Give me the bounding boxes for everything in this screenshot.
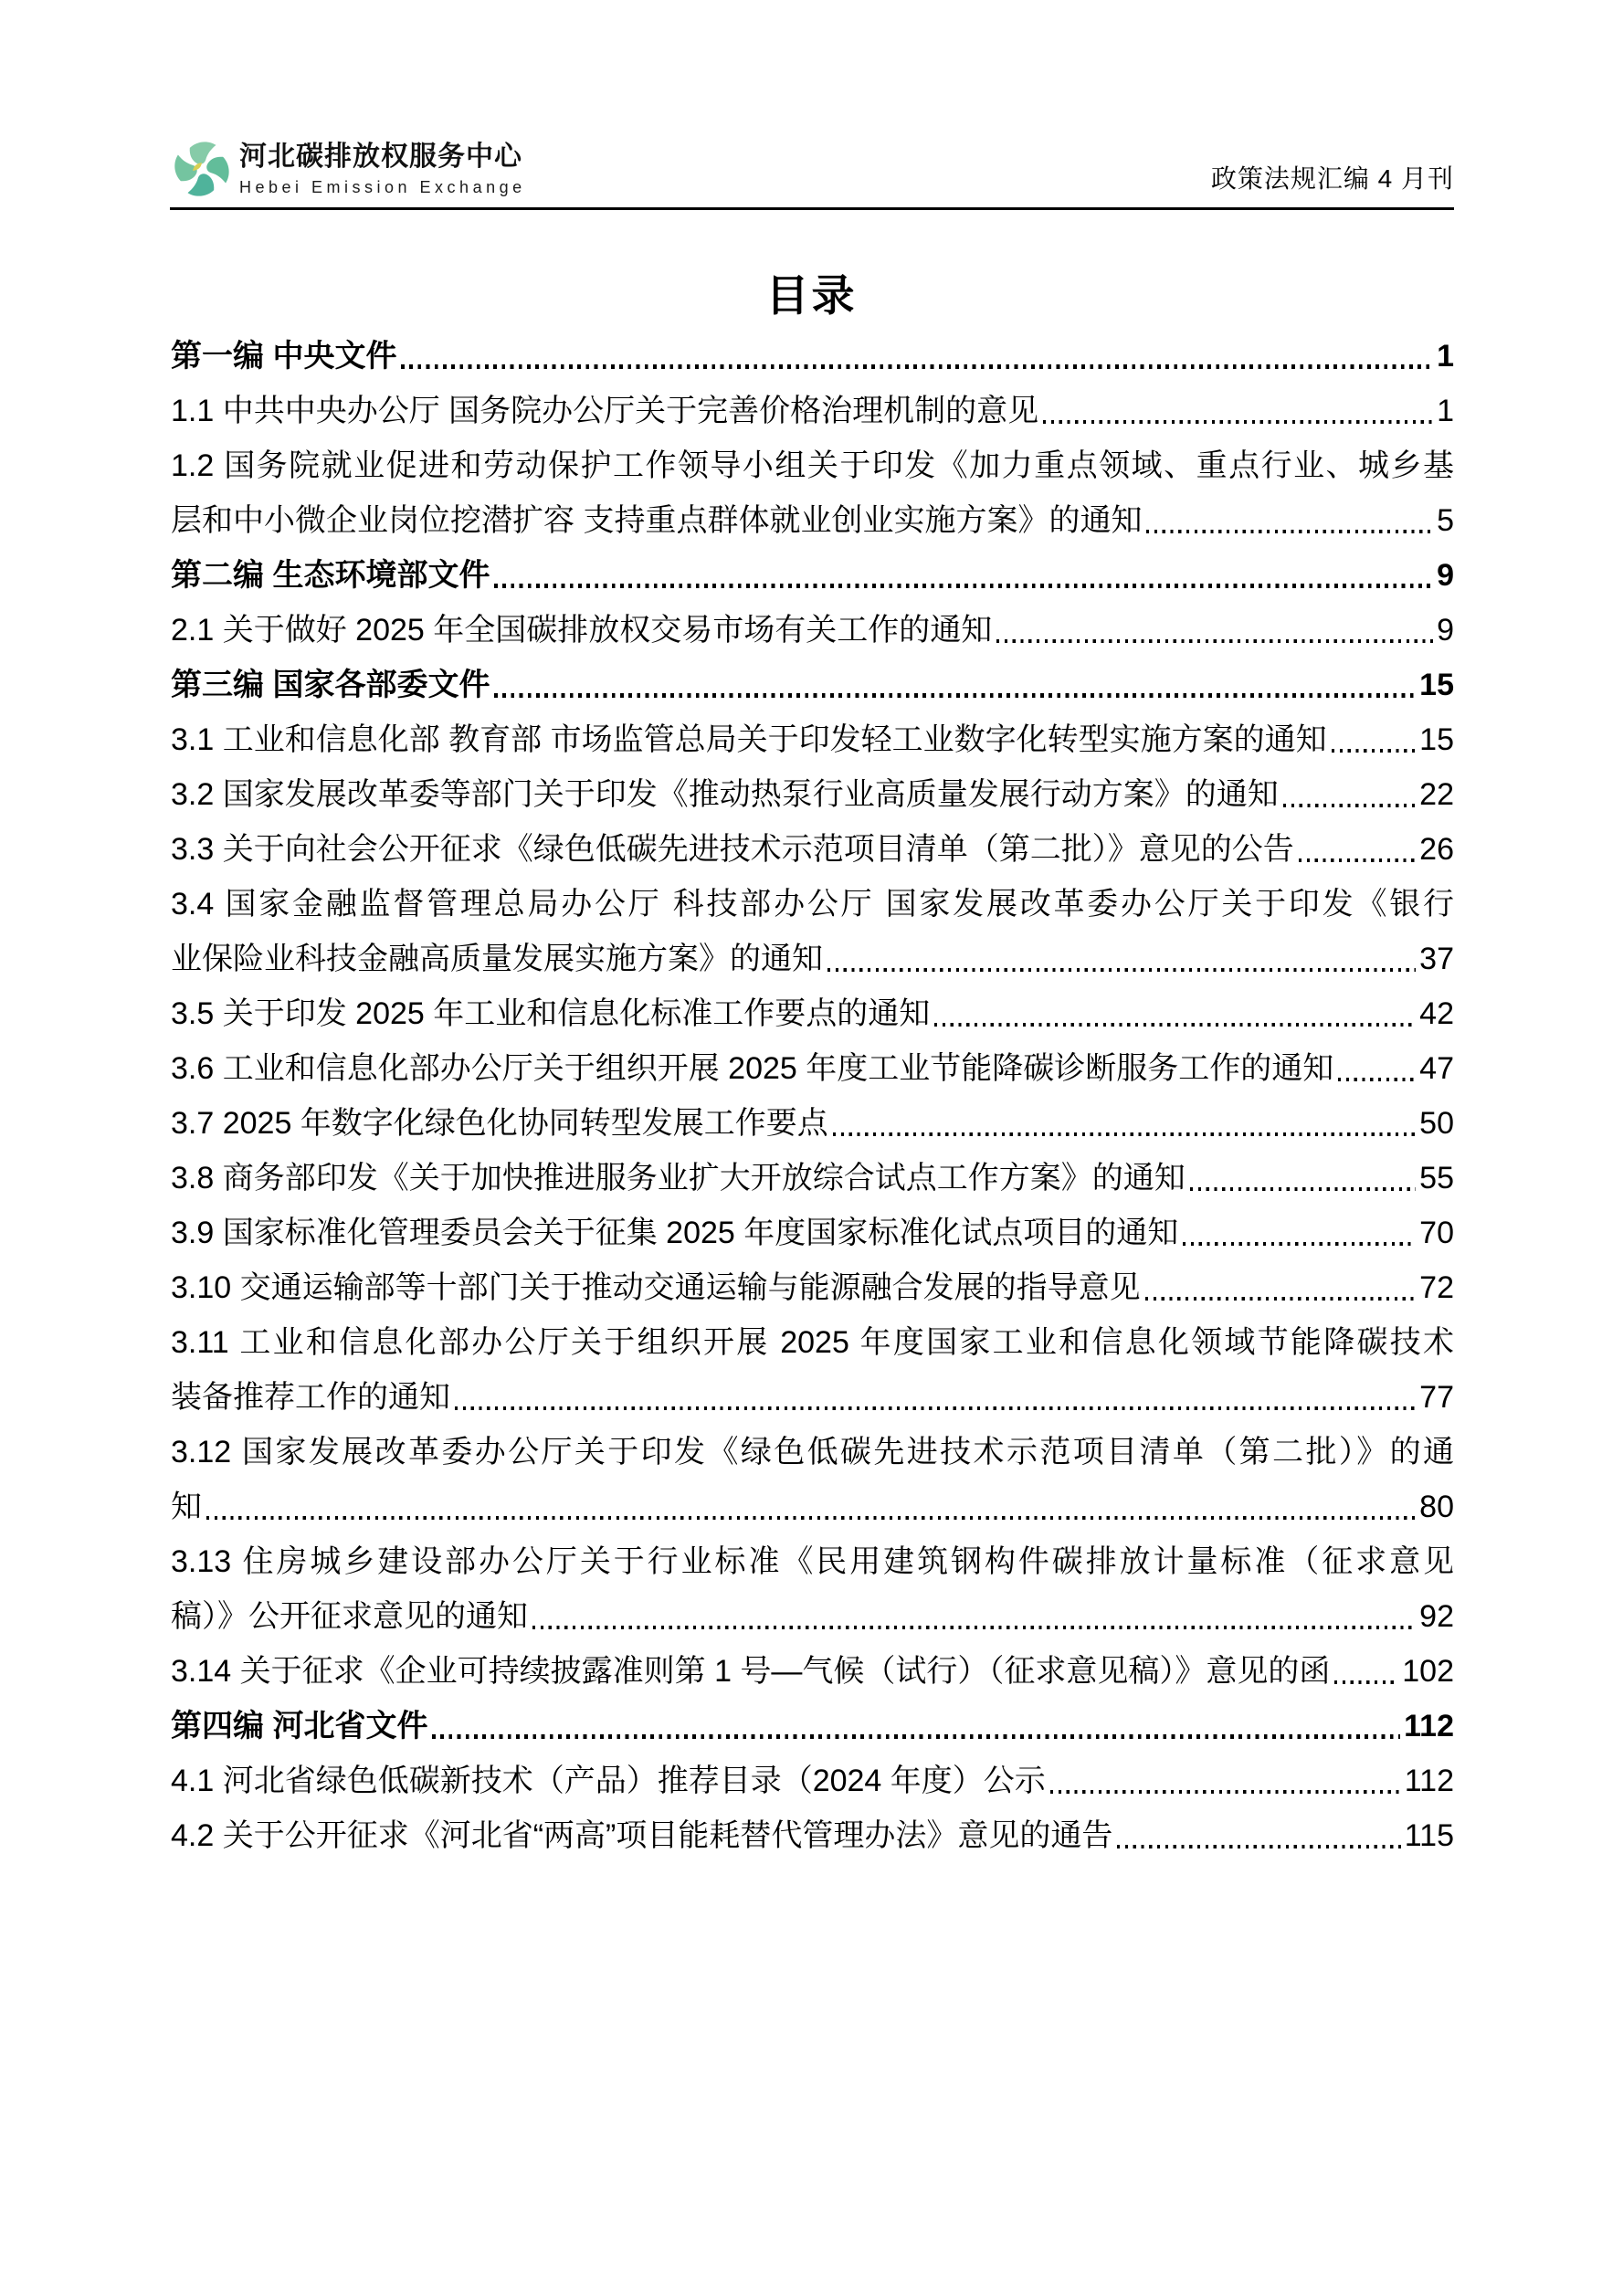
toc-list: 第一编 中央文件 1 1.1 中共中央办公厅 国务院办公厅关于完善价格治理机制的… [171, 329, 1454, 1863]
toc-dot-leader [1299, 858, 1416, 862]
toc-entry-text: 第一编 中央文件 [171, 329, 396, 384]
toc-entry[interactable]: 1.2 国务院就业促进和劳动保护工作领导小组关于印发《加力重点领域、重点行业、城… [171, 438, 1454, 493]
toc-entry[interactable]: 装备推荐工作的通知 77 [171, 1370, 1454, 1425]
toc-entry-text: 第四编 河北省文件 [171, 1699, 427, 1754]
toc-entry[interactable]: 层和中小微企业岗位挖潜扩容 支持重点群体就业创业实施方案》的通知 5 [171, 493, 1454, 548]
toc-entry[interactable]: 第一编 中央文件 1 [171, 329, 1454, 384]
toc-dot-leader [494, 693, 1416, 698]
toc-entry[interactable]: 业保险业科技金融高质量发展实施方案》的通知 37 [171, 932, 1454, 986]
toc-dot-leader [401, 364, 1433, 369]
toc-entry-text: 业保险业科技金融高质量发展实施方案》的通知 [171, 932, 823, 986]
org-logo-icon [172, 139, 232, 199]
toc-entry-text: 4.1 河北省绿色低碳新技术（产品）推荐目录（2024 年度）公示 [171, 1754, 1046, 1808]
toc-entry-text: 3.7 2025 年数字化绿色化协同转型发展工作要点 [171, 1096, 828, 1151]
toc-entry[interactable]: 3.14 关于征求《企业可持续披露准则第 1 号—气候（试行）（征求意见稿）》意… [171, 1644, 1454, 1699]
toc-dot-leader [1117, 1845, 1400, 1848]
toc-page-number: 22 [1419, 767, 1454, 822]
toc-entry-text: 第三编 国家各部委文件 [171, 658, 490, 712]
toc-entry[interactable]: 3.9 国家标准化管理委员会关于征集 2025 年度国家标准化试点项目的通知 7… [171, 1206, 1454, 1260]
toc-entry-text: 知 [171, 1480, 202, 1534]
toc-page-number: 115 [1405, 1808, 1454, 1863]
toc-page-number: 72 [1419, 1260, 1454, 1315]
toc-entry-text: 3.3 关于向社会公开征求《绿色低碳先进技术示范项目清单（第二批）》意见的公告 [171, 822, 1294, 877]
toc-dot-leader [494, 584, 1433, 588]
toc-entry[interactable]: 3.5 关于印发 2025 年工业和信息化标准工作要点的通知 42 [171, 986, 1454, 1041]
toc-page-number: 50 [1419, 1096, 1454, 1151]
toc-entry-text: 3.10 交通运输部等十部门关于推动交通运输与能源融合发展的指导意见 [171, 1260, 1141, 1315]
toc-page-number: 80 [1419, 1480, 1454, 1534]
toc-dot-leader [1146, 530, 1433, 533]
toc-page-number: 102 [1402, 1644, 1454, 1699]
toc-entry-text: 第二编 生态环境部文件 [171, 548, 490, 603]
toc-entry-text: 3.4 国家金融监督管理总局办公厅 科技部办公厅 国家发展改革委办公厅关于印发《… [171, 877, 1454, 932]
toc-entry-text: 1.2 国务院就业促进和劳动保护工作领导小组关于印发《加力重点领域、重点行业、城… [171, 438, 1454, 493]
toc-entry[interactable]: 3.12 国家发展改革委办公厅关于印发《绿色低碳先进技术示范项目清单（第二批）》… [171, 1425, 1454, 1480]
toc-entry-text: 3.1 工业和信息化部 教育部 市场监管总局关于印发轻工业数字化转型实施方案的通… [171, 712, 1327, 767]
toc-entry-text: 2.1 关于做好 2025 年全国碳排放权交易市场有关工作的通知 [171, 603, 992, 658]
toc-entry-text: 装备推荐工作的通知 [171, 1370, 450, 1425]
toc-entry[interactable]: 3.13 住房城乡建设部办公厅关于行业标准《民用建筑钢构件碳排放计量标准（征求意… [171, 1534, 1454, 1589]
page-title: 目录 [0, 272, 1623, 320]
toc-entry[interactable]: 3.8 商务部印发《关于加快推进服务业扩大开放综合试点工作方案》的通知 55 [171, 1151, 1454, 1206]
toc-dot-leader [934, 1023, 1416, 1027]
toc-page-number: 112 [1404, 1699, 1454, 1754]
toc-dot-leader [455, 1406, 1416, 1410]
header-divider [170, 207, 1454, 210]
org-name-block: 河北碳排放权服务中心 Hebei Emission Exchange [239, 137, 526, 195]
toc-entry-text: 3.12 国家发展改革委办公厅关于印发《绿色低碳先进技术示范项目清单（第二批）》… [171, 1425, 1454, 1480]
toc-entry-text: 3.9 国家标准化管理委员会关于征集 2025 年度国家标准化试点项目的通知 [171, 1206, 1178, 1260]
toc-entry-text: 1.1 中共中央办公厅 国务院办公厅关于完善价格治理机制的意见 [171, 384, 1038, 438]
toc-page-number: 77 [1419, 1370, 1454, 1425]
toc-entry[interactable]: 4.1 河北省绿色低碳新技术（产品）推荐目录（2024 年度）公示 112 [171, 1754, 1454, 1808]
toc-entry[interactable]: 4.2 关于公开征求《河北省“两高”项目能耗替代管理办法》意见的通告 115 [171, 1808, 1454, 1863]
toc-page-number: 5 [1437, 493, 1454, 548]
toc-entry[interactable]: 3.3 关于向社会公开征求《绿色低碳先进技术示范项目清单（第二批）》意见的公告 … [171, 822, 1454, 877]
toc-dot-leader [432, 1734, 1400, 1739]
toc-entry[interactable]: 知 80 [171, 1480, 1454, 1534]
toc-dot-leader [1334, 1680, 1398, 1684]
toc-dot-leader [996, 639, 1433, 643]
toc-entry[interactable]: 第四编 河北省文件 112 [171, 1699, 1454, 1754]
toc-entry[interactable]: 3.7 2025 年数字化绿色化协同转型发展工作要点 50 [171, 1096, 1454, 1151]
toc-entry-text: 3.13 住房城乡建设部办公厅关于行业标准《民用建筑钢构件碳排放计量标准（征求意… [171, 1534, 1454, 1589]
toc-entry-text: 层和中小微企业岗位挖潜扩容 支持重点群体就业创业实施方案》的通知 [171, 493, 1142, 548]
toc-dot-leader [532, 1626, 1416, 1629]
toc-dot-leader [833, 1132, 1416, 1136]
toc-entry-text: 3.8 商务部印发《关于加快推进服务业扩大开放综合试点工作方案》的通知 [171, 1151, 1186, 1206]
toc-page-number: 1 [1437, 329, 1454, 384]
org-name-en: Hebei Emission Exchange [239, 179, 526, 195]
toc-page-number: 15 [1419, 658, 1454, 712]
toc-page-number: 15 [1419, 712, 1454, 767]
toc-page-number: 92 [1419, 1589, 1454, 1644]
toc-page-number: 70 [1419, 1206, 1454, 1260]
toc-page-number: 9 [1437, 548, 1454, 603]
toc-entry-text: 3.11 工业和信息化部办公厅关于组织开展 2025 年度国家工业和信息化领域节… [171, 1315, 1454, 1370]
toc-dot-leader [1043, 420, 1433, 424]
toc-dot-leader [1338, 1078, 1416, 1081]
toc-entry[interactable]: 第二编 生态环境部文件 9 [171, 548, 1454, 603]
toc-entry-text: 3.5 关于印发 2025 年工业和信息化标准工作要点的通知 [171, 986, 930, 1041]
toc-entry[interactable]: 3.1 工业和信息化部 教育部 市场监管总局关于印发轻工业数字化转型实施方案的通… [171, 712, 1454, 767]
toc-entry-text: 稿）》公开征求意见的通知 [171, 1589, 528, 1644]
toc-entry[interactable]: 3.10 交通运输部等十部门关于推动交通运输与能源融合发展的指导意见 72 [171, 1260, 1454, 1315]
toc-entry[interactable]: 3.2 国家发展改革委等部门关于印发《推动热泵行业高质量发展行动方案》的通知 2… [171, 767, 1454, 822]
toc-page-number: 1 [1437, 384, 1454, 438]
toc-entry-text: 4.2 关于公开征求《河北省“两高”项目能耗替代管理办法》意见的通告 [171, 1808, 1112, 1863]
toc-page-number: 37 [1419, 932, 1454, 986]
toc-entry[interactable]: 3.6 工业和信息化部办公厅关于组织开展 2025 年度工业节能降碳诊断服务工作… [171, 1041, 1454, 1096]
toc-entry[interactable]: 稿）》公开征求意见的通知 92 [171, 1589, 1454, 1644]
toc-entry-text: 3.2 国家发展改革委等部门关于印发《推动热泵行业高质量发展行动方案》的通知 [171, 767, 1279, 822]
toc-entry[interactable]: 1.1 中共中央办公厅 国务院办公厅关于完善价格治理机制的意见 1 [171, 384, 1454, 438]
org-name-zh: 河北碳排放权服务中心 [239, 143, 526, 171]
toc-dot-leader [1183, 1242, 1416, 1246]
toc-page-number: 112 [1405, 1754, 1454, 1808]
issue-label: 政策法规汇编 4 月刊 [1211, 166, 1454, 192]
toc-page-number: 26 [1419, 822, 1454, 877]
toc-dot-leader [827, 968, 1416, 972]
toc-dot-leader [1050, 1790, 1401, 1794]
toc-entry-text: 3.14 关于征求《企业可持续披露准则第 1 号—气候（试行）（征求意见稿）》意… [171, 1644, 1330, 1699]
toc-page-number: 47 [1419, 1041, 1454, 1096]
toc-dot-leader [1145, 1297, 1417, 1301]
toc-entry-text: 3.6 工业和信息化部办公厅关于组织开展 2025 年度工业节能降碳诊断服务工作… [171, 1041, 1333, 1096]
page-header: 河北碳排放权服务中心 Hebei Emission Exchange 政策法规汇… [172, 137, 1454, 199]
toc-page-number: 42 [1419, 986, 1454, 1041]
toc-dot-leader [1283, 804, 1416, 807]
toc-page-number: 9 [1437, 603, 1454, 658]
toc-dot-leader [1332, 749, 1417, 753]
toc-entry[interactable]: 3.11 工业和信息化部办公厅关于组织开展 2025 年度国家工业和信息化领域节… [171, 1315, 1454, 1370]
toc-page-number: 55 [1419, 1151, 1454, 1206]
toc-entry[interactable]: 2.1 关于做好 2025 年全国碳排放权交易市场有关工作的通知 9 [171, 603, 1454, 658]
toc-dot-leader [1190, 1187, 1416, 1191]
toc-entry[interactable]: 3.4 国家金融监督管理总局办公厅 科技部办公厅 国家发展改革委办公厅关于印发《… [171, 877, 1454, 932]
toc-entry[interactable]: 第三编 国家各部委文件 15 [171, 658, 1454, 712]
toc-dot-leader [206, 1516, 1416, 1520]
